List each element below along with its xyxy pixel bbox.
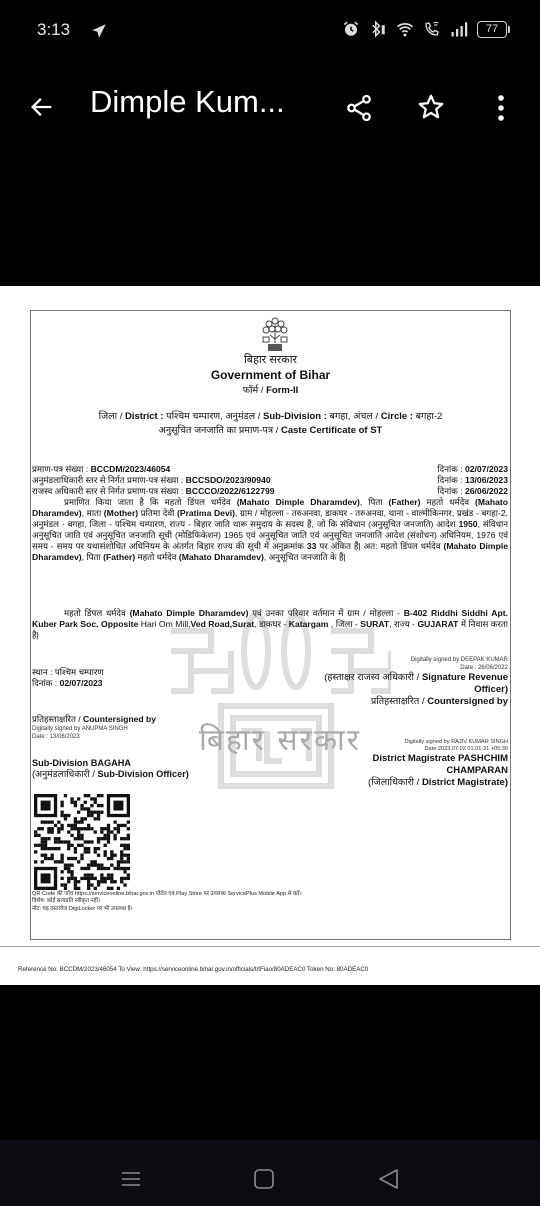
status-bar: 3:13 77 (0, 0, 540, 62)
qr-code (34, 794, 130, 890)
district-line: जिला / District : पश्चिम चम्पारण, अनुमंड… (31, 411, 510, 422)
document-title: Dimple Kum... (90, 84, 285, 120)
back-icon[interactable] (28, 93, 56, 121)
countersigned-sdo: प्रतिहस्ताक्षरित / Countersigned by Digi… (32, 714, 156, 741)
battery-icon: 77 (477, 21, 510, 38)
certificate-numbers: प्रमाण-पत्र संख्या : BCCDM/2023/46054दिन… (32, 464, 508, 498)
wifi-calling-icon (423, 20, 441, 38)
document-viewer[interactable]: बिहार सरकार बिहार सरकार Government of Bi… (0, 286, 540, 985)
gov-name-english: Government of Bihar (31, 370, 510, 381)
nav-back-icon[interactable] (377, 1164, 401, 1194)
home-icon[interactable] (250, 1164, 278, 1194)
system-nav-bar (0, 1140, 540, 1206)
share-icon[interactable] (344, 93, 374, 123)
divider (0, 946, 540, 947)
bluetooth-icon (369, 20, 387, 38)
certificate-page: बिहार सरकार बिहार सरकार Government of Bi… (30, 310, 511, 940)
subdivision-officer: Sub-Division BAGAHA (अनुमंडलाधिकारी / Su… (32, 758, 189, 780)
reference-footer: Reference No: BCCDM/2023/46054 To View: … (18, 966, 368, 973)
certificate-title: अनुसूचित जनजाति का प्रमाण-पत्र / Caste C… (31, 425, 510, 436)
number-row: राजस्व अधिकारी स्तर से निर्गत प्रमाण-पत्… (32, 486, 508, 497)
district-magistrate-signature: Digitally signed by RAJIV KUMAR SINGH Da… (368, 739, 508, 789)
residence-paragraph: महतो डिंपल धर्मदेव (Mahato Dimple Dharam… (32, 608, 508, 641)
alarm-icon (342, 20, 360, 38)
revenue-officer-signature: Digitally signed by DEEPAK KUMAR Date : … (324, 657, 508, 708)
more-vert-icon[interactable] (492, 93, 510, 123)
qr-note: QR Code की जाँच https://serviceonline.bi… (32, 891, 322, 913)
place-date-block: स्थान : पश्चिम चम्पारण दिनांक : 02/07/20… (32, 667, 104, 689)
number-row: प्रमाण-पत्र संख्या : BCCDM/2023/46054दिन… (32, 464, 508, 475)
certification-paragraph: प्रमाणित किया जाता है कि महतो डिंपल धर्म… (32, 497, 508, 564)
gov-name-hindi: बिहार सरकार (31, 355, 510, 366)
signal-icon (450, 20, 468, 38)
telegram-icon (90, 22, 108, 40)
battery-level: 77 (477, 21, 507, 38)
watermark-text: बिहार सरकार (199, 735, 361, 746)
recent-apps-icon[interactable] (121, 1164, 141, 1194)
number-row: अनुमंडलाधिकारी स्तर से निर्गत प्रमाण-पत्… (32, 475, 508, 486)
status-time: 3:13 (37, 20, 70, 40)
bihar-emblem-icon (260, 315, 290, 355)
app-bar: Dimple Kum... (0, 62, 540, 154)
form-number: फॉर्म / Form-II (31, 385, 510, 396)
star-icon[interactable] (416, 92, 446, 122)
wifi-icon (396, 20, 414, 38)
status-icons: 77 (342, 20, 510, 38)
